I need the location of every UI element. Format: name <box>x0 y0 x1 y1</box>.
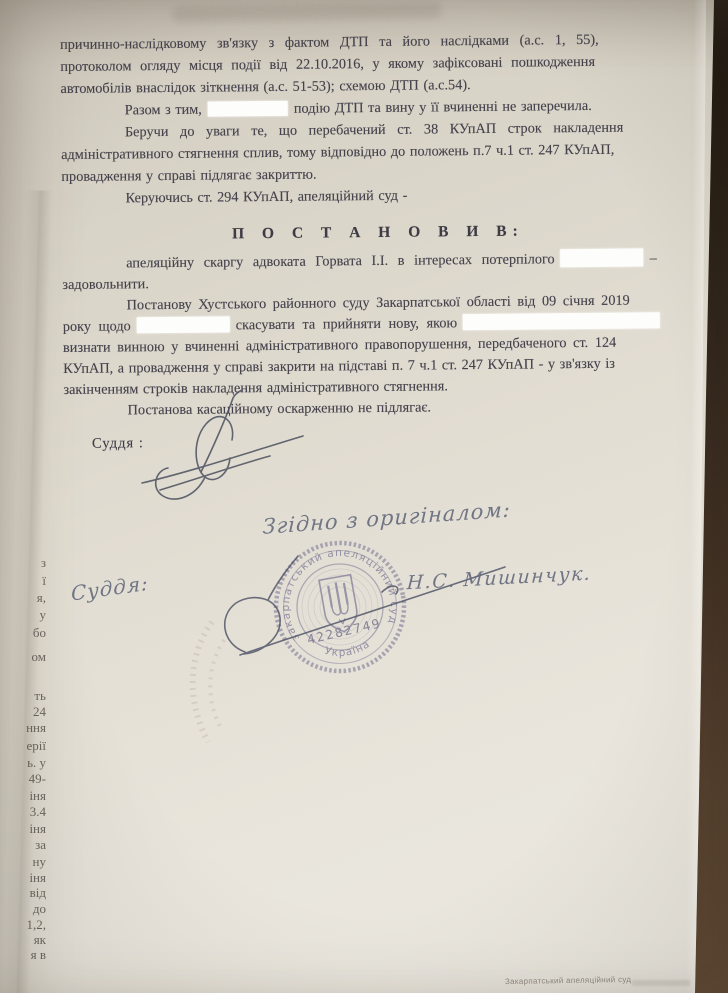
body-text: скасувати та прийняти нову, якою <box>236 315 458 333</box>
neighbor-page-fragment: 3.4 <box>0 805 46 818</box>
neighbor-page-fragment: з <box>0 556 46 569</box>
neighbor-page-fragment: ть <box>0 689 46 702</box>
body-line: Керуючись ст. 294 КУпАП, апеляційний суд… <box>61 182 693 210</box>
document-text-block: причинно-наслідковому зв'язку з фактом Д… <box>60 28 696 453</box>
neighbor-page-fragment: як <box>0 933 46 946</box>
footer-smudge <box>632 980 690 986</box>
neighbor-page-fragment: за <box>0 838 46 851</box>
redaction-box <box>561 248 644 267</box>
neighbor-page-fragment: ом <box>0 650 46 663</box>
ruling-heading: П О С Т А Н О В И В: <box>62 221 694 245</box>
neighbor-page-fragment: ння <box>0 721 46 734</box>
body-text: – <box>650 250 657 266</box>
neighbor-page-fragment: 24 <box>0 705 46 718</box>
neighbor-page-fragment: я в <box>0 948 46 961</box>
redaction-box <box>137 316 230 333</box>
redaction-box <box>463 312 660 330</box>
neighbor-page-fragment: я, <box>0 591 46 604</box>
neighbor-page-fragment: від <box>0 886 46 899</box>
neighbor-page-fragment: бо <box>0 626 46 639</box>
neighbor-page-fragment: ну <box>0 855 46 868</box>
body-text: року щодо <box>63 318 131 335</box>
neighbor-page-fragment: ерії <box>0 739 46 752</box>
neighbor-page-fragment: іня <box>0 789 46 802</box>
document-page: зїя,убоомть24нняеріїь. у49-іня3.4інязану… <box>0 0 728 993</box>
neighbor-page-fragment: іня <box>0 871 46 884</box>
neighbor-page-fragment: у <box>0 608 46 621</box>
neighbor-page-fragment: ї <box>0 574 46 587</box>
judge-signature-label: Суддя : <box>92 430 696 453</box>
neighbor-page-fragment: ь. у <box>0 756 46 769</box>
neighbor-page-fragment: до <box>0 902 46 915</box>
footer-court-name: Закарпатський апеляційний суд <box>505 975 631 986</box>
body-text: Разом з тим, <box>125 102 202 119</box>
body-text: подію ДТП та вину у її вчиненні не запер… <box>294 98 592 117</box>
neighbor-page-fragment: іня <box>0 822 46 835</box>
body-text: апеляційну скаргу адвоката Горвата І.І. … <box>126 251 555 271</box>
photographed-court-document: зїя,убоомть24нняеріїь. у49-іня3.4інязану… <box>0 0 728 993</box>
neighbor-page-fragment: 1,2, <box>0 918 46 931</box>
neighbor-page-fragment: 49- <box>0 772 46 785</box>
redaction-box <box>208 101 288 117</box>
